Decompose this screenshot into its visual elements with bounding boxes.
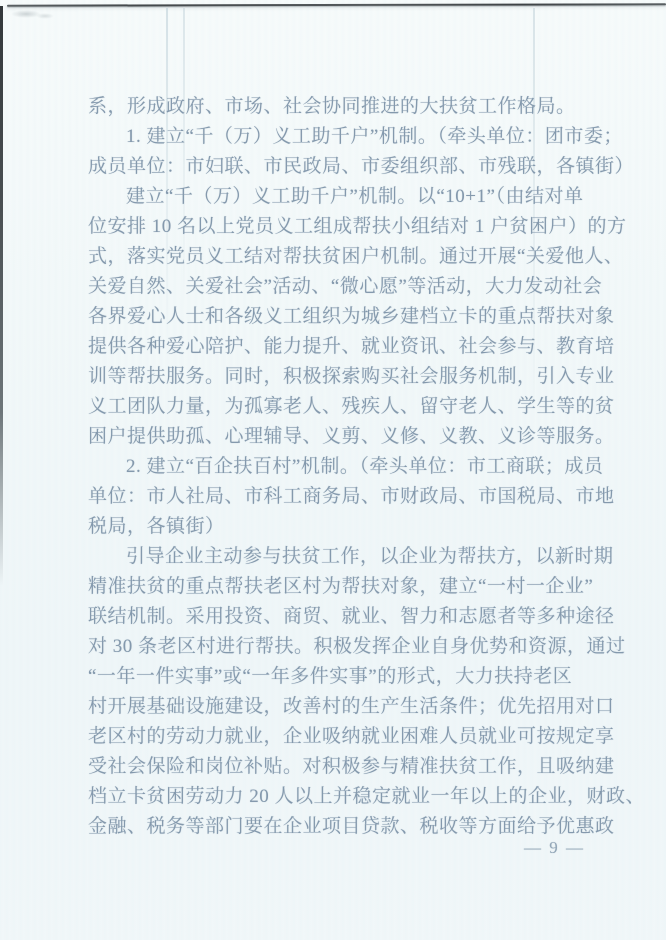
scanned-document-page: 系，形成政府、市场、社会协同推进的大扶贫工作格局。 1. 建立“千（万）义工助千… xyxy=(0,0,666,940)
text-line: 受社会保险和岗位补贴。对积极参与精准扶贫工作，且吸纳建 xyxy=(88,752,588,782)
text-line: 老区村的劳动力就业，企业吸纳就业困难人员就业可按规定享 xyxy=(88,722,588,752)
text-line: 困户提供助孤、心理辅导、义剪、义修、义教、义诊等服务。 xyxy=(88,422,588,452)
text-line: 精准扶贫的重点帮扶老区村为帮扶对象，建立“一村一企业” xyxy=(88,572,588,602)
scan-artifact-smudge xyxy=(36,13,54,19)
text-line: 各界爱心人士和各级义工组织为城乡建档立卡的重点帮扶对象 xyxy=(88,302,588,332)
text-line-paragraph-start: 建立“千（万）义工助千户”机制。以“10+1”（由结对单 xyxy=(88,182,588,212)
text-line: “一年一件实事”或“一年多件实事”的形式，大力扶持老区 xyxy=(88,662,588,692)
text-line: 档立卡贫困劳动力 20 人以上并稳定就业一年以上的企业，财政、 xyxy=(88,782,588,812)
scan-artifact-left-edge-strip xyxy=(0,6,3,586)
text-line: 村开展基础设施建设，改善村的生产生活条件；优先招用对口 xyxy=(88,692,588,722)
text-line: 联结机制。采用投资、商贸、就业、智力和志愿者等多种途径 xyxy=(88,602,588,632)
text-line: 式，落实党员义工结对帮扶贫困户机制。通过开展“关爱他人、 xyxy=(88,242,588,272)
text-line: 系，形成政府、市场、社会协同推进的大扶贫工作格局。 xyxy=(88,92,588,122)
page-number: — 9 — xyxy=(524,838,585,858)
text-line-paragraph-start: 1. 建立“千（万）义工助千户”机制。（牵头单位：团市委； xyxy=(88,122,588,152)
text-line: 提供各种爱心陪护、能力提升、就业资讯、社会参与、教育培 xyxy=(88,332,588,362)
text-line-paragraph-start: 2. 建立“百企扶百村”机制。（牵头单位：市工商联；成员 xyxy=(88,452,588,482)
scan-artifact-top-edge-line xyxy=(7,3,666,6)
text-line: 对 30 条老区村进行帮扶。积极发挥企业自身优势和资源，通过 xyxy=(88,632,588,662)
text-line-paragraph-start: 引导企业主动参与扶贫工作，以企业为帮扶方，以新时期 xyxy=(88,542,588,572)
text-line: 位安排 10 名以上党员义工组成帮扶小组结对 1 户贫困户）的方 xyxy=(88,212,588,242)
text-line: 成员单位：市妇联、市民政局、市委组织部、市残联，各镇街） xyxy=(88,152,588,182)
text-line: 训等帮扶服务。同时，积极探索购买社会服务机制，引入专业 xyxy=(88,362,588,392)
text-line: 单位：市人社局、市科工商务局、市财政局、市国税局、市地 xyxy=(88,482,588,512)
text-line: 关爱自然、关爱社会”活动、“微心愿”等活动，大力发动社会 xyxy=(88,272,588,302)
text-line: 义工团队力量，为孤寡老人、残疾人、留守老人、学生等的贫 xyxy=(88,392,588,422)
text-line: 金融、税务等部门要在企业项目贷款、税收等方面给予优惠政 xyxy=(88,812,588,842)
document-body-text: 系，形成政府、市场、社会协同推进的大扶贫工作格局。 1. 建立“千（万）义工助千… xyxy=(88,92,588,842)
text-line: 税局，各镇街） xyxy=(88,512,588,542)
